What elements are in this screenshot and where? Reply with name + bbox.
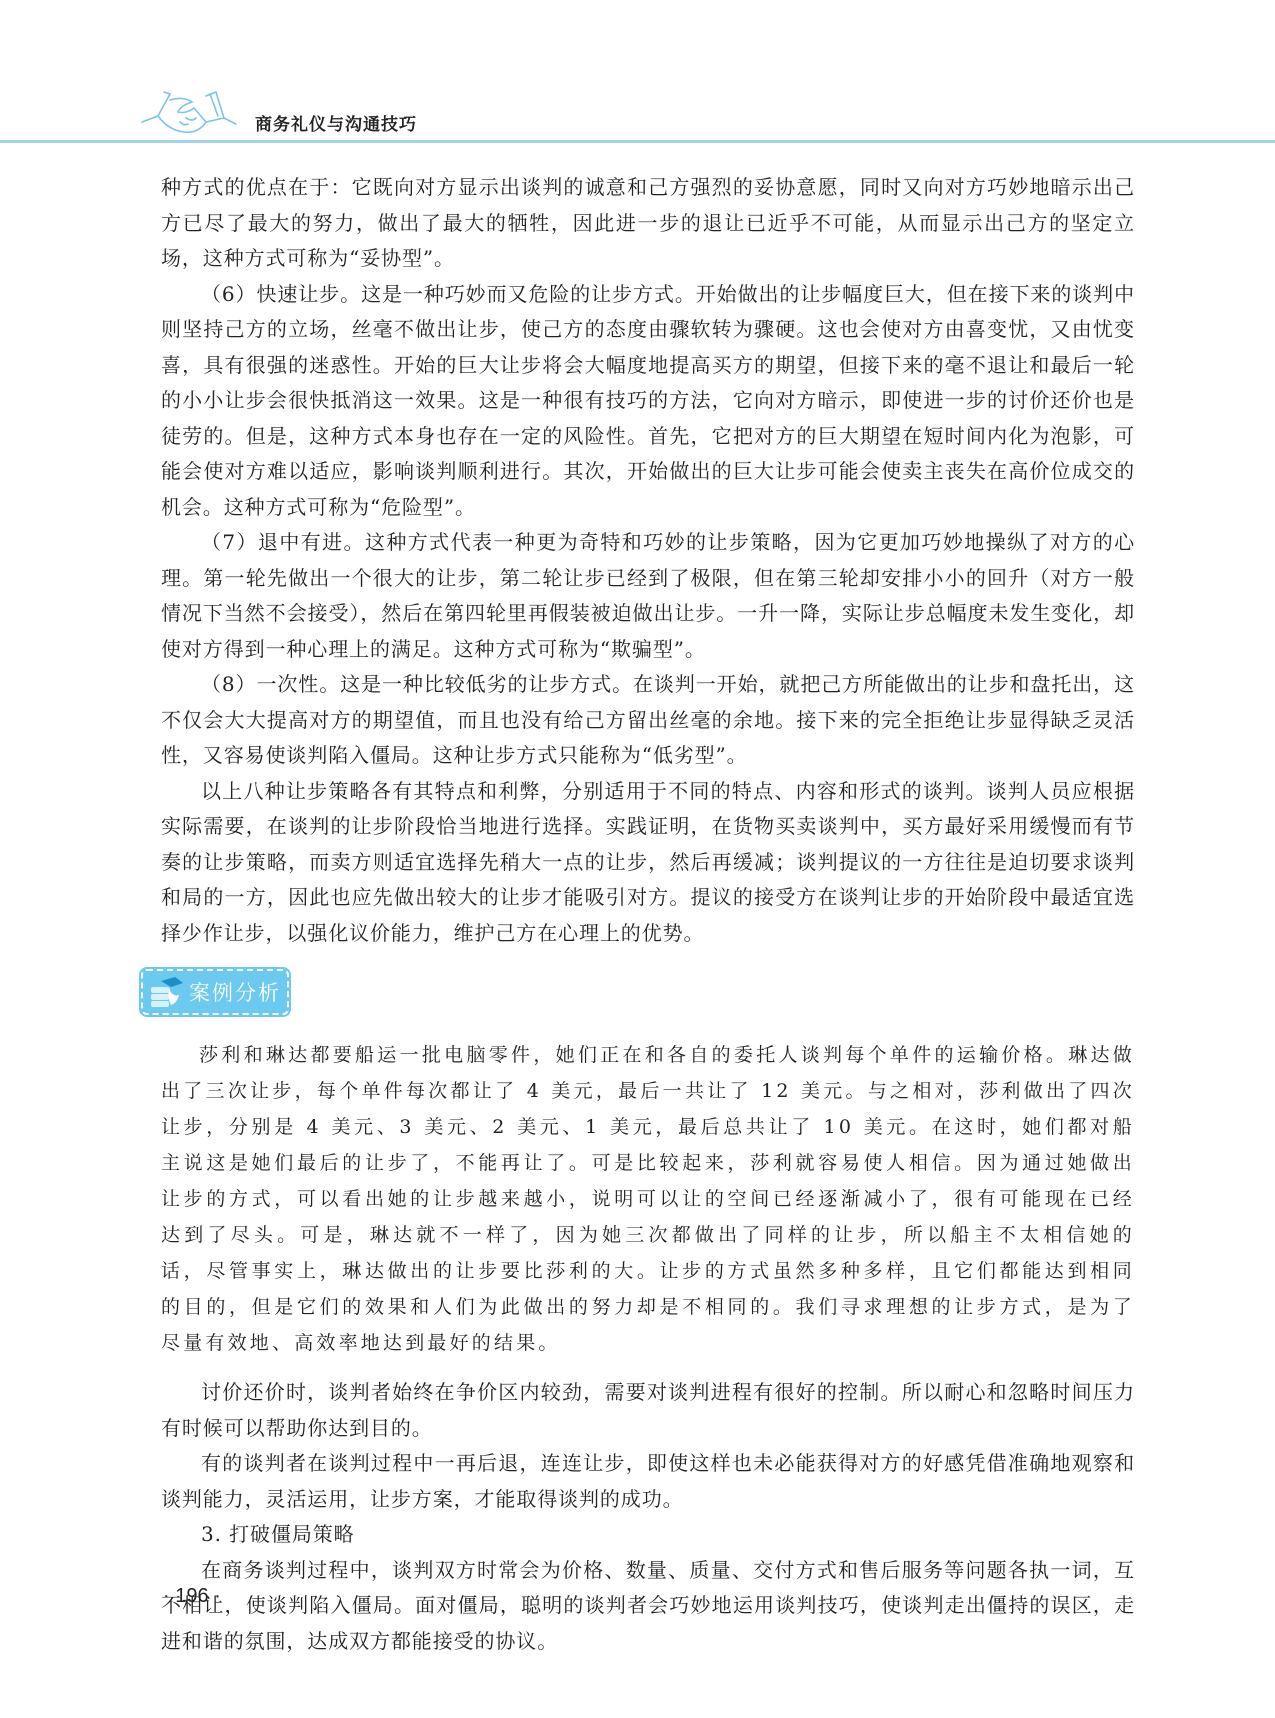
paragraph-retreat-advance: （7）退中有进。这种方式代表一种更为奇特和巧妙的让步策略，因为它更加巧妙地操纵了… — [161, 525, 1135, 667]
page-content: 种方式的优点在于：它既向对方显示出谈判的诚意和己方强烈的妥协意愿，同时又向对方巧… — [161, 170, 1135, 1659]
header-divider — [0, 140, 1275, 143]
paragraph-negotiator-retreat: 有的谈判者在谈判过程中一再后退，连连让步，即使这样也未必能获得对方的好感凭借准确… — [161, 1446, 1135, 1517]
case-analysis-body: 莎利和琳达都要船运一批电脑零件，她们正在和各自的委托人谈判每个单件的运输价格。琳… — [161, 1037, 1135, 1361]
case-analysis-header: 案例分析 — [141, 969, 1135, 1023]
case-analysis-badge: 案例分析 — [141, 969, 289, 1015]
paragraph-fast-concession: （6）快速让步。这是一种巧妙而又危险的让步方式。开始做出的让步幅度巨大，但在接下… — [161, 277, 1135, 526]
page-number: · 196 · — [163, 1585, 221, 1608]
paragraph-bargaining: 讨价还价时，谈判者始终在争价区内较劲，需要对谈判进程有很好的控制。所以耐心和忽略… — [161, 1375, 1135, 1446]
paragraph-continuation: 种方式的优点在于：它既向对方显示出谈判的诚意和己方强烈的妥协意愿，同时又向对方巧… — [161, 170, 1135, 277]
section-heading: 3. 打破僵局策略 — [161, 1517, 1135, 1553]
case-analysis-text: 莎利和琳达都要船运一批电脑零件，她们正在和各自的委托人谈判每个单件的运输价格。琳… — [161, 1037, 1135, 1361]
page-header: 商务礼仪与沟通技巧 — [0, 0, 1275, 142]
paragraph-summary: 以上八种让步策略各有其特点和利弊，分别适用于不同的特点、内容和形式的谈判。谈判人… — [161, 774, 1135, 952]
case-analysis-label: 案例分析 — [189, 977, 281, 1007]
paragraph-deadlock: 在商务谈判过程中，谈判双方时常会为价格、数量、质量、交付方式和售后服务等问题各执… — [161, 1553, 1135, 1660]
book-title: 商务礼仪与沟通技巧 — [255, 110, 417, 135]
handshake-icon — [140, 86, 240, 136]
paragraph-one-time: （8）一次性。这是一种比较低劣的让步方式。在谈判一开始，就把己方所能做出的让步和… — [161, 667, 1135, 774]
graduation-cap-books-icon — [149, 975, 185, 1009]
